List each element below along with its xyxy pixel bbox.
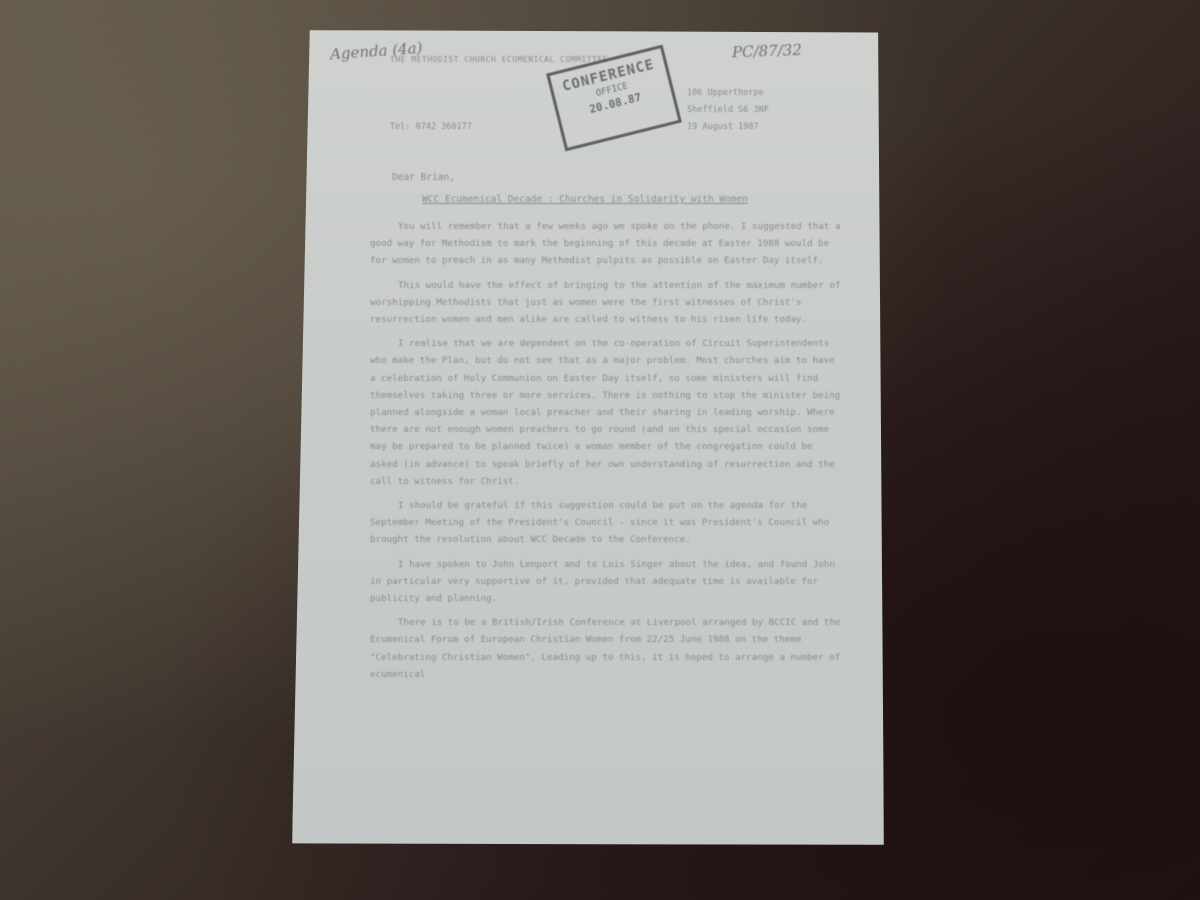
paragraph: This would have the effect of bringing t… [370,277,845,329]
letter-page: Agenda (4a) PC/87/32 THE METHODIST CHURC… [292,30,884,845]
letter-date: 19 August 1987 [687,122,759,132]
subject-line: WCC Ecumenical Decade : Churches in Soli… [422,194,748,205]
paragraph: I realise that we are dependent on the c… [370,335,845,490]
letter-body: You will remember that a few weeks ago w… [370,218,845,690]
letterhead-organization: THE METHODIST CHURCH ECUMENICAL COMMITTE… [390,55,608,64]
telephone-number: Tel: 0742 360177 [390,122,472,132]
address-line: 106 Upperthorpe [687,88,764,98]
paragraph: You will remember that a few weeks ago w… [370,218,845,270]
paragraph: I should be grateful if this suggestion … [370,497,845,549]
salutation: Dear Brian, [392,172,455,183]
paragraph: There is to be a British/Irish Conferenc… [370,614,845,683]
handwritten-reference-note: PC/87/32 [732,41,802,61]
address-line: Sheffield S6 3NF [687,105,769,115]
paragraph: I have spoken to John Lenport and to Loi… [370,556,845,608]
